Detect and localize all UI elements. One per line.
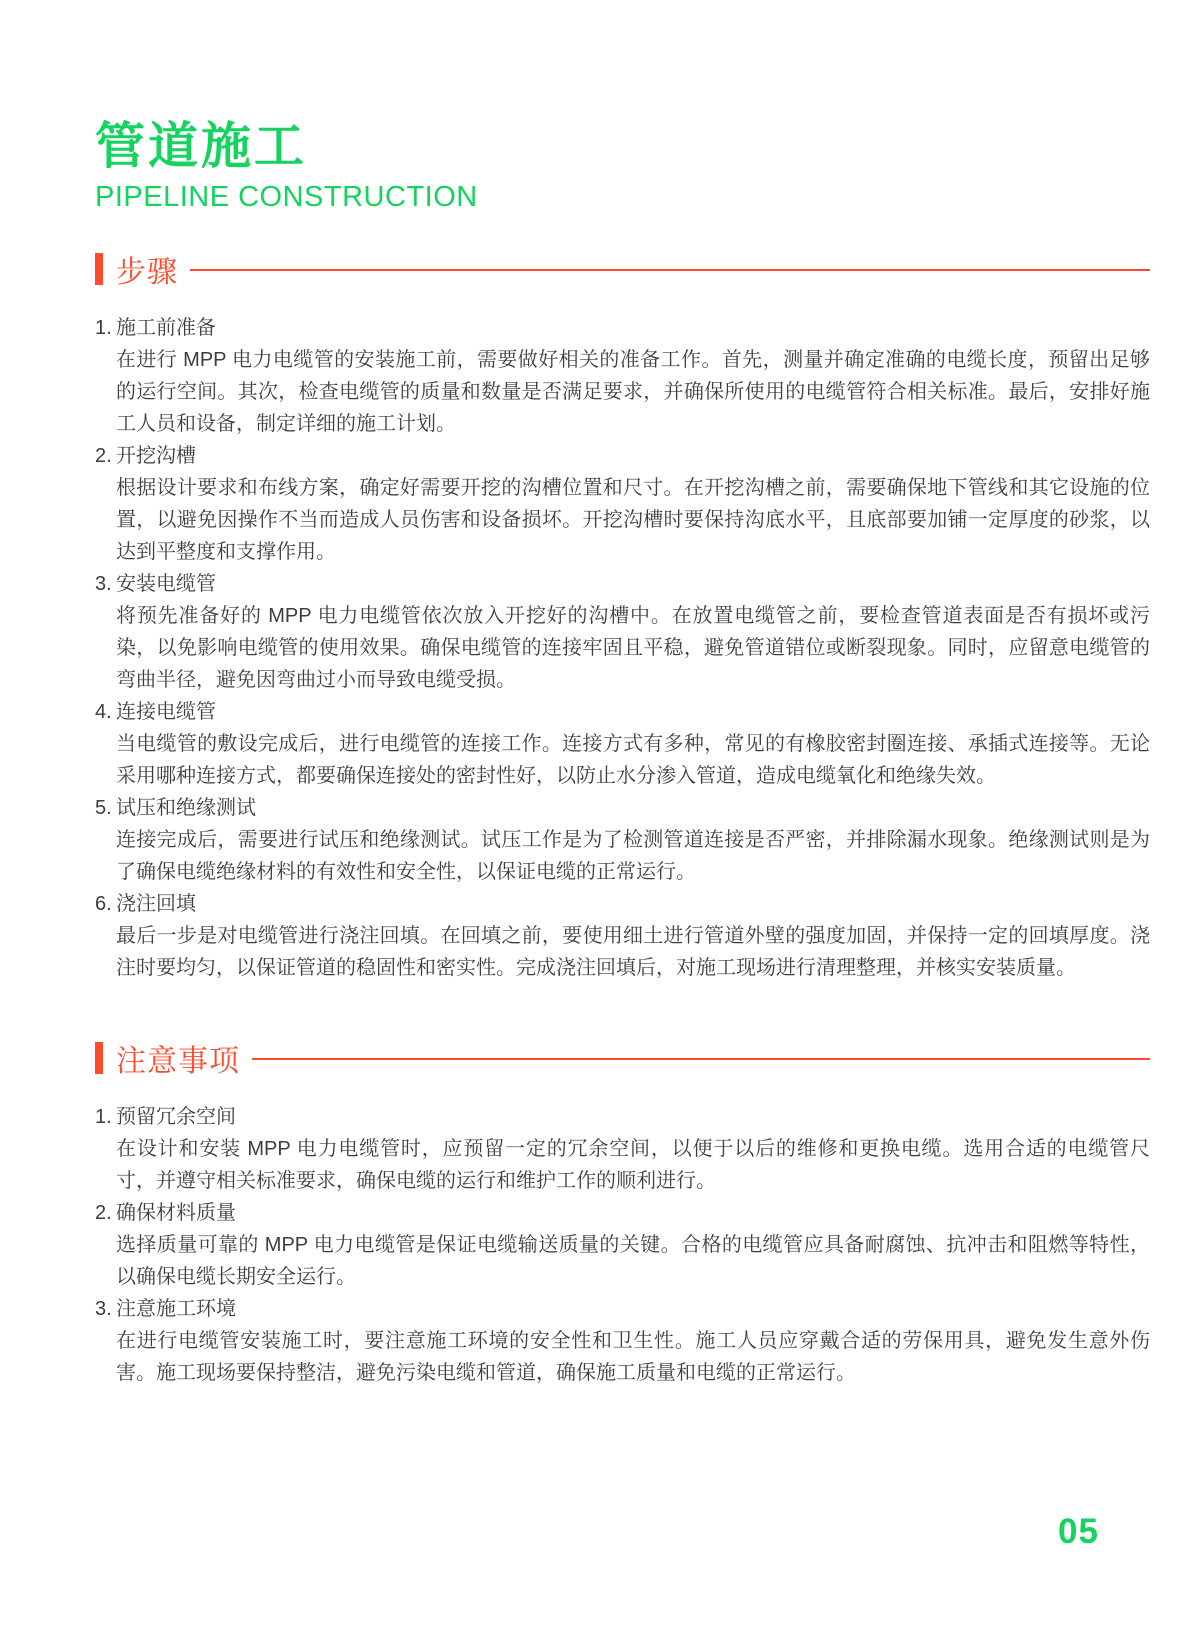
item-title-row: 6. 浇注回填 — [95, 888, 1150, 920]
list-item: 3. 注意施工环境 在进行电缆管安装施工时，要注意施工环境的安全性和卫生性。施工… — [95, 1293, 1150, 1389]
section-header: 注意事项 — [95, 1040, 1150, 1076]
list-item: 5. 试压和绝缘测试 连接完成后，需要进行试压和绝缘测试。试压工作是为了检测管道… — [95, 792, 1150, 888]
page-subtitle-en: PIPELINE CONSTRUCTION — [95, 181, 1150, 213]
item-body: 在设计和安装 MPP 电力电缆管时，应预留一定的冗余空间，以便于以后的维修和更换… — [116, 1133, 1150, 1197]
item-title-row: 1. 预留冗余空间 — [95, 1101, 1150, 1133]
item-number: 1. — [95, 1101, 116, 1133]
item-title: 浇注回填 — [116, 888, 196, 920]
item-body: 根据设计要求和布线方案，确定好需要开挖的沟槽位置和尺寸。在开挖沟槽之前，需要确保… — [116, 472, 1150, 568]
section-accent-bar — [95, 253, 103, 285]
list-item: 1. 预留冗余空间 在设计和安装 MPP 电力电缆管时，应预留一定的冗余空间，以… — [95, 1101, 1150, 1197]
item-title: 施工前准备 — [116, 312, 216, 344]
item-title: 确保材料质量 — [116, 1197, 236, 1229]
list-item: 6. 浇注回填 最后一步是对电缆管进行浇注回填。在回填之前，要使用细土进行管道外… — [95, 888, 1150, 984]
item-body: 连接完成后，需要进行试压和绝缘测试。试压工作是为了检测管道连接是否严密，并排除漏… — [116, 824, 1150, 888]
item-body: 将预先准备好的 MPP 电力电缆管依次放入开挖好的沟槽中。在放置电缆管之前，要检… — [116, 600, 1150, 696]
list-item: 1. 施工前准备 在进行 MPP 电力电缆管的安装施工前，需要做好相关的准备工作… — [95, 312, 1150, 440]
item-body: 选择质量可靠的 MPP 电力电缆管是保证电缆输送质量的关键。合格的电缆管应具备耐… — [116, 1229, 1150, 1293]
item-number: 5. — [95, 792, 116, 824]
item-title: 试压和绝缘测试 — [116, 792, 256, 824]
item-title-row: 1. 施工前准备 — [95, 312, 1150, 344]
section-rule-line — [190, 269, 1150, 271]
item-title-row: 5. 试压和绝缘测试 — [95, 792, 1150, 824]
item-title: 预留冗余空间 — [116, 1101, 236, 1133]
item-number: 2. — [95, 440, 116, 472]
section-header: 步骤 — [95, 251, 1150, 287]
item-title-row: 3. 注意施工环境 — [95, 1293, 1150, 1325]
item-title: 开挖沟槽 — [116, 440, 196, 472]
item-title: 连接电缆管 — [116, 696, 216, 728]
page-title: 管道施工 — [95, 118, 1150, 174]
item-number: 6. — [95, 888, 116, 920]
item-title: 安装电缆管 — [116, 568, 216, 600]
section-rule-line — [252, 1058, 1150, 1060]
section-title: 注意事项 — [116, 1036, 240, 1080]
item-number: 2. — [95, 1197, 116, 1229]
item-body: 在进行电缆管安装施工时，要注意施工环境的安全性和卫生性。施工人员应穿戴合适的劳保… — [116, 1325, 1150, 1389]
steps-list: 1. 施工前准备 在进行 MPP 电力电缆管的安装施工前，需要做好相关的准备工作… — [95, 312, 1150, 984]
section-accent-bar — [95, 1042, 103, 1074]
list-item: 3. 安装电缆管 将预先准备好的 MPP 电力电缆管依次放入开挖好的沟槽中。在放… — [95, 568, 1150, 696]
list-item: 2. 开挖沟槽 根据设计要求和布线方案，确定好需要开挖的沟槽位置和尺寸。在开挖沟… — [95, 440, 1150, 568]
item-title-row: 3. 安装电缆管 — [95, 568, 1150, 600]
section-precautions: 注意事项 1. 预留冗余空间 在设计和安装 MPP 电力电缆管时，应预留一定的冗… — [95, 1040, 1150, 1389]
section-steps: 步骤 1. 施工前准备 在进行 MPP 电力电缆管的安装施工前，需要做好相关的准… — [95, 251, 1150, 984]
item-number: 1. — [95, 312, 116, 344]
item-title-row: 2. 开挖沟槽 — [95, 440, 1150, 472]
item-title-row: 4. 连接电缆管 — [95, 696, 1150, 728]
item-body: 在进行 MPP 电力电缆管的安装施工前，需要做好相关的准备工作。首先，测量并确定… — [116, 344, 1150, 440]
item-body: 当电缆管的敷设完成后，进行电缆管的连接工作。连接方式有多种，常见的有橡胶密封圈连… — [116, 728, 1150, 792]
list-item: 4. 连接电缆管 当电缆管的敷设完成后，进行电缆管的连接工作。连接方式有多种，常… — [95, 696, 1150, 792]
item-body: 最后一步是对电缆管进行浇注回填。在回填之前，要使用细土进行管道外壁的强度加固，并… — [116, 920, 1150, 984]
section-title: 步骤 — [116, 247, 178, 291]
list-item: 2. 确保材料质量 选择质量可靠的 MPP 电力电缆管是保证电缆输送质量的关键。… — [95, 1197, 1150, 1293]
page-number: 05 — [1058, 1512, 1099, 1552]
item-title: 注意施工环境 — [116, 1293, 236, 1325]
item-title-row: 2. 确保材料质量 — [95, 1197, 1150, 1229]
document-page: 管道施工 PIPELINE CONSTRUCTION 步骤 1. 施工前准备 在… — [0, 0, 1200, 1639]
item-number: 3. — [95, 1293, 116, 1325]
item-number: 3. — [95, 568, 116, 600]
item-number: 4. — [95, 696, 116, 728]
precautions-list: 1. 预留冗余空间 在设计和安装 MPP 电力电缆管时，应预留一定的冗余空间，以… — [95, 1101, 1150, 1389]
